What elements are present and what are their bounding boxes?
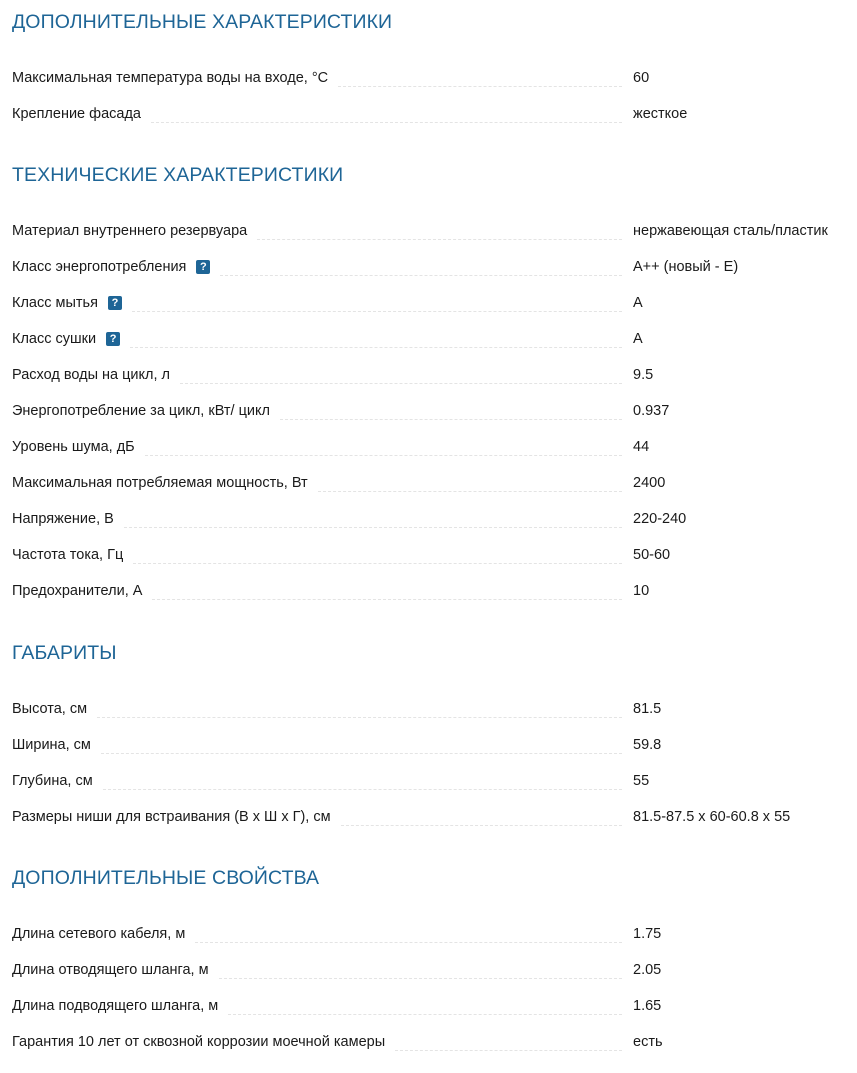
spec-value: 50-60 [622,546,670,573]
spec-row: Ширина, см59.8 [12,727,857,763]
spec-label-text: Класс сушки [12,330,96,348]
spec-row: Длина отводящего шланга, м2.05 [12,952,857,988]
help-icon[interactable]: ? [108,296,122,310]
spec-label-wrap: Высота, см [12,700,622,727]
section-title: ДОПОЛНИТЕЛЬНЫЕ ХАРАКТЕРИСТИКИ [12,11,857,33]
spec-value: 59.8 [622,736,661,763]
spec-label-text: Предохранители, А [12,582,142,600]
spec-value: 1.75 [622,925,661,952]
spec-label: Класс энергопотребления? [12,258,220,285]
spec-row: Длина сетевого кабеля, м1.75 [12,916,857,952]
dotted-leader [318,491,622,492]
spec-label: Частота тока, Гц [12,546,133,573]
spec-row: Крепление фасадажесткое [12,96,857,132]
dotted-leader [180,383,622,384]
spec-label-text: Уровень шума, дБ [12,438,135,456]
spec-label-wrap: Максимальная потребляемая мощность, Вт [12,474,622,501]
spec-label-wrap: Длина отводящего шланга, м [12,961,622,988]
spec-label-wrap: Частота тока, Гц [12,546,622,573]
spec-label: Высота, см [12,700,97,727]
dotted-leader [151,122,622,123]
dotted-leader [132,311,622,312]
spec-label-wrap: Длина подводящего шланга, м [12,997,622,1024]
spec-label-text: Класс энергопотребления [12,258,186,276]
spec-label-wrap: Класс мытья? [12,294,622,321]
spec-label: Расход воды на цикл, л [12,366,180,393]
spec-row: Глубина, см55 [12,763,857,799]
spec-label: Максимальная температура воды на входе, … [12,69,338,96]
spec-label-wrap: Предохранители, А [12,582,622,609]
spec-rows: Материал внутреннего резервуаранержавеющ… [12,213,857,609]
dotted-leader [145,455,622,456]
dotted-leader [152,599,622,600]
spec-label: Предохранители, А [12,582,152,609]
spec-section: ТЕХНИЧЕСКИЕ ХАРАКТЕРИСТИКИМатериал внутр… [12,164,857,609]
spec-label: Гарантия 10 лет от сквозной коррозии мое… [12,1033,395,1060]
spec-row: Предохранители, А10 [12,573,857,609]
spec-label-text: Напряжение, В [12,510,114,528]
spec-label-wrap: Крепление фасада [12,105,622,132]
spec-row: Высота, см81.5 [12,691,857,727]
spec-rows: Высота, см81.5Ширина, см59.8Глубина, см5… [12,691,857,835]
spec-value: 10 [622,582,649,609]
dotted-leader [341,825,622,826]
spec-row: Материал внутреннего резервуаранержавеющ… [12,213,857,249]
spec-label: Крепление фасада [12,105,151,132]
spec-label: Длина сетевого кабеля, м [12,925,195,952]
dotted-leader [130,347,622,348]
spec-label-text: Длина сетевого кабеля, м [12,925,185,943]
spec-label-wrap: Гарантия 10 лет от сквозной коррозии мое… [12,1033,622,1060]
spec-label-text: Длина подводящего шланга, м [12,997,218,1015]
spec-label: Уровень шума, дБ [12,438,145,465]
spec-value: 0.937 [622,402,669,429]
spec-rows: Максимальная температура воды на входе, … [12,60,857,132]
spec-value: нержавеющая сталь/пластик [622,222,828,249]
spec-row: Длина подводящего шланга, м1.65 [12,988,857,1024]
spec-label-text: Расход воды на цикл, л [12,366,170,384]
spec-label: Материал внутреннего резервуара [12,222,257,249]
spec-label: Глубина, см [12,772,103,799]
spec-row: Класс мытья?A [12,285,857,321]
spec-value: 55 [622,772,649,799]
spec-label-wrap: Глубина, см [12,772,622,799]
dotted-leader [257,239,622,240]
spec-value: 81.5-87.5 x 60-60.8 x 55 [622,808,790,835]
spec-label-text: Глубина, см [12,772,93,790]
dotted-leader [220,275,622,276]
spec-value: 9.5 [622,366,653,393]
spec-label-text: Гарантия 10 лет от сквозной коррозии мое… [12,1033,385,1051]
spec-rows: Длина сетевого кабеля, м1.75Длина отводя… [12,916,857,1060]
spec-value: 2.05 [622,961,661,988]
spec-row: Класс энергопотребления?A++ (новый - E) [12,249,857,285]
spec-row: Размеры ниши для встраивания (В x Ш x Г)… [12,799,857,835]
spec-value: есть [622,1033,663,1060]
section-title: ГАБАРИТЫ [12,642,857,664]
spec-label: Класс сушки? [12,330,130,357]
spec-value: 220-240 [622,510,686,537]
spec-value: 81.5 [622,700,661,727]
spec-label-text: Материал внутреннего резервуара [12,222,247,240]
spec-label: Энергопотребление за цикл, кВт/ цикл [12,402,280,429]
spec-value: 2400 [622,474,665,501]
spec-label-text: Частота тока, Гц [12,546,123,564]
dotted-leader [280,419,622,420]
help-icon[interactable]: ? [196,260,210,274]
spec-value: A [622,330,643,357]
spec-value: 44 [622,438,649,465]
spec-label: Ширина, см [12,736,101,763]
spec-label-wrap: Энергопотребление за цикл, кВт/ цикл [12,402,622,429]
spec-value: A [622,294,643,321]
spec-row: Максимальная потребляемая мощность, Вт24… [12,465,857,501]
spec-row: Максимальная температура воды на входе, … [12,60,857,96]
spec-label-wrap: Размеры ниши для встраивания (В x Ш x Г)… [12,808,622,835]
spec-label-wrap: Уровень шума, дБ [12,438,622,465]
dotted-leader [195,942,622,943]
spec-value: 1.65 [622,997,661,1024]
spec-label-text: Ширина, см [12,736,91,754]
dotted-leader [97,717,622,718]
spec-section: ДОПОЛНИТЕЛЬНЫЕ ХАРАКТЕРИСТИКИМаксимальна… [12,11,857,132]
spec-section: ГАБАРИТЫВысота, см81.5Ширина, см59.8Глуб… [12,642,857,835]
spec-label-text: Максимальная потребляемая мощность, Вт [12,474,308,492]
dotted-leader [133,563,622,564]
dotted-leader [395,1050,622,1051]
section-title: ДОПОЛНИТЕЛЬНЫЕ СВОЙСТВА [12,867,857,889]
spec-section: ДОПОЛНИТЕЛЬНЫЕ СВОЙСТВАДлина сетевого ка… [12,867,857,1060]
spec-label: Напряжение, В [12,510,124,537]
spec-label-wrap: Длина сетевого кабеля, м [12,925,622,952]
spec-row: Гарантия 10 лет от сквозной коррозии мое… [12,1024,857,1060]
spec-label: Класс мытья? [12,294,132,321]
spec-label-text: Энергопотребление за цикл, кВт/ цикл [12,402,270,420]
section-title: ТЕХНИЧЕСКИЕ ХАРАКТЕРИСТИКИ [12,164,857,186]
help-icon[interactable]: ? [106,332,120,346]
spec-row: Энергопотребление за цикл, кВт/ цикл0.93… [12,393,857,429]
spec-row: Расход воды на цикл, л9.5 [12,357,857,393]
spec-label-text: Высота, см [12,700,87,718]
spec-label-wrap: Класс энергопотребления? [12,258,622,285]
spec-row: Класс сушки?A [12,321,857,357]
spec-label-wrap: Класс сушки? [12,330,622,357]
spec-label-wrap: Расход воды на цикл, л [12,366,622,393]
spec-label-wrap: Максимальная температура воды на входе, … [12,69,622,96]
spec-value: жесткое [622,105,687,132]
spec-label-text: Длина отводящего шланга, м [12,961,209,979]
spec-label-text: Крепление фасада [12,105,141,123]
spec-row: Напряжение, В220-240 [12,501,857,537]
dotted-leader [338,86,622,87]
dotted-leader [219,978,622,979]
dotted-leader [103,789,622,790]
spec-value: 60 [622,69,649,96]
spec-row: Уровень шума, дБ44 [12,429,857,465]
spec-label: Длина отводящего шланга, м [12,961,219,988]
spec-label-wrap: Напряжение, В [12,510,622,537]
spec-label-text: Размеры ниши для встраивания (В x Ш x Г)… [12,808,331,826]
spec-value: A++ (новый - E) [622,258,738,285]
dotted-leader [124,527,622,528]
dotted-leader [228,1014,622,1015]
spec-label: Длина подводящего шланга, м [12,997,228,1024]
spec-row: Частота тока, Гц50-60 [12,537,857,573]
dotted-leader [101,753,622,754]
spec-label-text: Максимальная температура воды на входе, … [12,69,328,87]
spec-label: Максимальная потребляемая мощность, Вт [12,474,318,501]
spec-label-text: Класс мытья [12,294,98,312]
spec-label-wrap: Материал внутреннего резервуара [12,222,622,249]
spec-label-wrap: Ширина, см [12,736,622,763]
spec-label: Размеры ниши для встраивания (В x Ш x Г)… [12,808,341,835]
